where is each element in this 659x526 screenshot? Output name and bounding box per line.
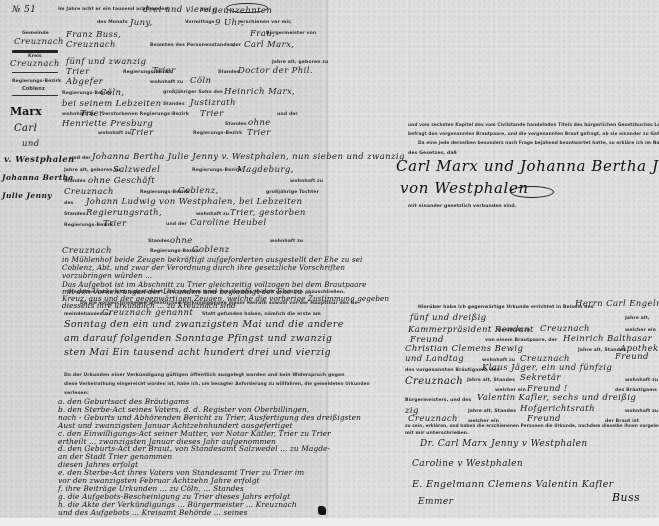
form-printed-text: Standes xyxy=(64,213,86,218)
witness-4-age-label: Jahre alt, Standes xyxy=(468,410,516,415)
print-intro-3: Da eine jede derselben besonders nach Fr… xyxy=(418,142,659,146)
form-handwritten-entry: ohne xyxy=(248,119,271,128)
form-handwritten-entry: Coblenz xyxy=(192,246,230,255)
form-handwritten-entry: Heinrich Marx, xyxy=(224,88,295,97)
form-printed-text: und der xyxy=(277,113,298,118)
form-handwritten-entry: Magdeburg, xyxy=(237,166,294,175)
witness-3-name: Klaus Jäger, ein und fünfzig xyxy=(482,364,612,373)
form-printed-text: Regierungs-Bezirk xyxy=(193,132,242,137)
form-printed-text: großjährige Tochter xyxy=(266,191,319,196)
form-printed-text: Beamten des Personenstandes, xyxy=(150,44,235,49)
groom-forename: Carl xyxy=(14,124,37,134)
witness-1-res-label: wohnhaft zu xyxy=(497,329,530,334)
closing-statement-2: mit mir unterschrieben. xyxy=(405,432,469,437)
form-handwritten-entry: Creuznach xyxy=(64,188,114,197)
form-printed-text: erschienen vor mir, xyxy=(240,21,292,26)
witness-3-place: Creuznach xyxy=(405,377,463,387)
witness-2-name: Heinrich Balthasar xyxy=(563,335,652,344)
witness-2-role: Freund xyxy=(615,353,649,362)
form-handwritten-entry: Cöln xyxy=(190,77,211,86)
form-printed-text: Vormittags xyxy=(185,21,215,26)
und-label: und xyxy=(22,140,40,149)
bezirk-label: Regierungs-Bezirk xyxy=(12,80,61,85)
form-handwritten-entry: Carl Marx, xyxy=(244,41,294,50)
witness-4-res-label: wohnhaft zu xyxy=(625,410,658,415)
banns-dates: am darauf folgenden Sonntage Pfingst und… xyxy=(64,334,332,344)
form-handwritten-entry: Johanna Bertha Julie Jenny v. Westphalen… xyxy=(92,153,405,162)
scan-bottom-edge xyxy=(0,518,659,526)
margin-divider xyxy=(12,72,58,73)
bride-surname: v. Westphalen xyxy=(4,156,75,165)
print-intro-4: des Gesetzes, daß xyxy=(408,152,457,157)
form-handwritten-entry: Trier xyxy=(103,220,127,229)
mayor-signature: Buss xyxy=(612,492,640,503)
united-statement: mit einander gesetzlich verbunden sind. xyxy=(408,205,517,210)
form-printed-text: und der xyxy=(70,157,91,162)
witness-2-occupation: Christian Clemens Bewig xyxy=(405,345,523,354)
witness-2-line3: und Landtag xyxy=(405,355,464,364)
document-list-item: c. den Einwilligungs-Act seiner Mutter, … xyxy=(58,430,331,437)
form-printed-text: der xyxy=(232,44,241,49)
form-printed-text: wohnhaft zu xyxy=(98,132,131,137)
flourish xyxy=(510,186,554,198)
witness-4-pre: Bürgermeisters, und des xyxy=(405,399,471,404)
form-handwritten-entry: ohne xyxy=(170,237,193,246)
form-printed-text: den xyxy=(200,9,210,14)
closing-statement: zu sein, erklären, und haben die erschie… xyxy=(405,424,659,428)
form-handwritten-entry: Trier xyxy=(200,110,224,119)
form-handwritten-entry: Doctor der Phil. xyxy=(238,67,313,76)
witness-3-age-label: Jahre alt, Standes xyxy=(467,379,515,384)
kreis-value: Creuznach xyxy=(10,60,60,69)
dense-line: vorzubringen würden ... xyxy=(62,272,152,279)
witness-4-occupation: Hofgerichtsrath xyxy=(520,405,595,414)
ink-blot xyxy=(318,506,326,515)
form-printed-text: wohnhaft zu xyxy=(290,180,323,185)
document-list-item: Aust und zwanzigsten Januar Achtzehnhund… xyxy=(58,422,293,429)
signature-line: Emmer xyxy=(418,498,453,507)
print-intro-1: und vom sechsten Kapitel des vom Civilst… xyxy=(408,124,659,128)
form-handwritten-entry: Trier xyxy=(247,129,271,138)
form-printed-text: des xyxy=(64,202,73,207)
form-printed-text: Standes xyxy=(64,180,86,185)
form-handwritten-entry: Caroline Heubel xyxy=(190,219,267,228)
form-handwritten-entry: Coblenz, xyxy=(178,187,219,196)
banns-dates: sten Mai Ein tausend acht hundert drei u… xyxy=(64,348,331,358)
form-handwritten-entry: neunzehnten xyxy=(212,7,272,16)
witness-3-res-label: wohnhaft zu xyxy=(625,379,658,384)
print-para-2: Da die vorgeschriebenen öffentlichen Ver… xyxy=(80,302,360,307)
form-handwritten-entry: Juny, xyxy=(130,19,153,28)
form-printed-text: Standes xyxy=(163,103,185,108)
witness-1-rel-label: welcher ein xyxy=(625,329,656,334)
bride-forename-2: Julie Jenny xyxy=(2,192,52,200)
witness-intro: Hierüber habe ich gegenwärtige Urkunde e… xyxy=(418,306,594,311)
margin-divider xyxy=(12,50,58,53)
witness-2-mid: von einem Brautpaare, der xyxy=(485,339,557,344)
form-handwritten-entry: Franz Buss, xyxy=(66,31,121,40)
form-handwritten-entry: Cöln, xyxy=(100,89,125,98)
document-list-item: h. die Akte der Verkündigungs ... Bürger… xyxy=(58,501,297,508)
form-printed-text: und der xyxy=(166,223,187,228)
form-handwritten-entry: Trier, gestorben xyxy=(230,209,306,218)
form-printed-text: großjähriger Sohn des xyxy=(163,91,223,96)
print-intro-2: befragt den vorgenannten Brautpaare, und… xyxy=(408,133,659,137)
signature-line: Caroline v Westphalen xyxy=(412,460,523,469)
gemeinde-label: Gemeinde xyxy=(22,32,49,37)
print-para-2c: Statt gefunden haben, nämlich die erste … xyxy=(202,313,321,318)
form-printed-text: Standes xyxy=(218,71,240,76)
form-handwritten-entry: bei seinem Lebzeiten xyxy=(62,100,162,109)
form-handwritten-entry: ohne Geschäft xyxy=(88,177,155,186)
print-para-3c: verlesen: xyxy=(64,392,89,397)
witness-1-age: fünf und dreißig xyxy=(410,314,487,323)
witness-4-name: Valentin Kafler, sechs und dreißig xyxy=(477,394,636,403)
signature-line: E. Engelmann Clemens Valentin Kafler xyxy=(412,480,614,490)
bezirk-value: Coblenz xyxy=(22,87,45,92)
form-printed-text: wohnhaft zu xyxy=(150,81,183,86)
form-handwritten-entry: Justizrath xyxy=(190,99,236,108)
form-printed-text: verstorbenen Regierungs-Bezirk xyxy=(102,113,189,118)
witness-1-name: Herrn Carl Engelmann, xyxy=(575,300,659,309)
form-handwritten-entry: Abgefer xyxy=(66,78,103,87)
form-handwritten-entry: Regierungsrath, xyxy=(86,209,162,218)
bride-forename-1: Johanna Bertha xyxy=(2,174,74,182)
print-para-3b: diese Verheirathung eingereicht worden i… xyxy=(64,383,370,387)
form-handwritten-entry: Johann Ludwig von Westphalen, bei Lebzei… xyxy=(86,198,302,207)
form-printed-text: Jahre alt, geboren zu xyxy=(64,169,120,174)
groom-surname: Marx xyxy=(10,106,42,117)
form-handwritten-entry: Trier xyxy=(80,110,104,119)
couple-names: von Westphalen xyxy=(400,181,529,196)
margin-divider xyxy=(12,95,58,96)
banns-place: Creuznach genannt xyxy=(102,309,193,318)
banns-dates: Sonntag den ein und zwanzigsten Mai und … xyxy=(64,320,344,330)
signature-line: Dr. Carl Marx Jenny v Westphalen xyxy=(420,440,588,449)
witness-3-occupation: Sekretär xyxy=(520,374,561,383)
form-handwritten-entry: Trier xyxy=(152,67,176,76)
form-handwritten-entry: fünf und zwanzig xyxy=(66,58,146,67)
form-handwritten-entry: Creuznach xyxy=(66,41,116,50)
form-printed-text: Jahre alt, geboren zu xyxy=(272,61,328,66)
form-printed-text: wohnhaft zu xyxy=(270,240,303,245)
couple-names: Carl Marx und Johanna Bertha Julie Jenny xyxy=(396,159,659,174)
witness-1-age-label: Jahre alt, xyxy=(625,317,650,322)
print-para-3: Da der Urkunden einer Verkündigung gülti… xyxy=(64,374,345,379)
form-printed-text: Regierungs-Bezirk xyxy=(192,169,241,174)
form-printed-text: wohnhaft zu xyxy=(196,213,229,218)
print-para-1: Dieselben haben mich aufgefordert, die z… xyxy=(68,291,345,296)
form-printed-text: Standes xyxy=(225,123,247,128)
form-handwritten-entry: Salzwedel xyxy=(113,166,160,175)
document-list-item: und des Aufgebots ... Kreisamt Behörde .… xyxy=(58,509,248,516)
record-number: № 51 xyxy=(12,6,36,15)
form-printed-text: Standes xyxy=(148,240,170,245)
form-printed-text: Bürgermeister von xyxy=(266,32,316,37)
witness-1-residence: Creuznach xyxy=(540,325,590,334)
gemeinde-value: Creuznach xyxy=(14,38,64,47)
form-printed-text: des Monats xyxy=(97,21,128,26)
form-handwritten-entry: Trier xyxy=(130,129,154,138)
form-handwritten-entry: Trier xyxy=(66,68,90,77)
